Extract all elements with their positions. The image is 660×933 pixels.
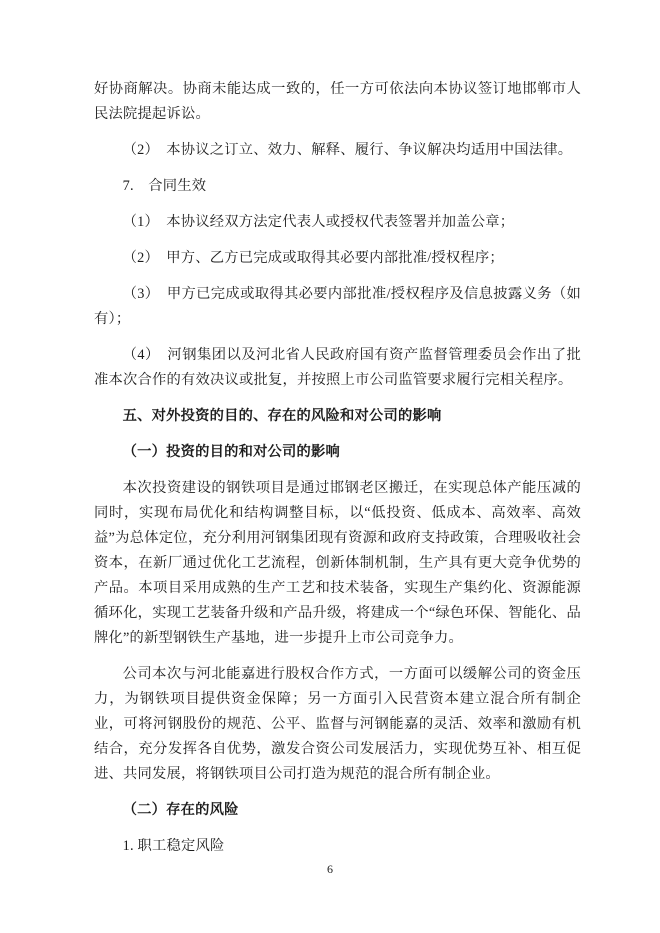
clause-item: （4） 河钢集团以及河北省人民政府国有资产监督管理委员会作出了批准本次合作的有效… — [94, 343, 581, 393]
clause-item: （3） 甲方已完成或取得其必要内部批准/授权程序及信息披露义务（如有）； — [94, 282, 581, 332]
section-heading: 五、对外投资的目的、存在的风险和对公司的影响 — [94, 404, 581, 429]
body-paragraph: 公司本次与河北能嘉进行股权合作方式，一方面可以缓解公司的资金压力，为钢铁项目提供… — [94, 662, 581, 787]
clause-item: 7. 合同生效 — [94, 174, 581, 199]
clause-item: （2） 甲方、乙方已完成或取得其必要内部批准/授权程序； — [94, 246, 581, 271]
page-number: 6 — [0, 861, 660, 877]
document-content: 好协商解决。协商未能达成一致的，任一方可依法向本协议签订地邯郸市人民法院提起诉讼… — [94, 77, 581, 870]
clause-item: （2） 本协议之订立、效力、解释、履行、争议解决均适用中国法律。 — [94, 138, 581, 163]
body-paragraph: 本次投资建设的钢铁项目是通过邯钢老区搬迁，在实现总体产能压减的同时，实现布局优化… — [94, 476, 581, 651]
subsection-heading: （一）投资的目的和对公司的影响 — [94, 440, 581, 465]
subsection-heading: （二）存在的风险 — [94, 798, 581, 823]
list-item: 1. 职工稳定风险 — [94, 834, 581, 859]
clause-item: （1） 本协议经双方法定代表人或授权代表签署并加盖公章； — [94, 210, 581, 235]
document-page: 好协商解决。协商未能达成一致的，任一方可依法向本协议签订地邯郸市人民法院提起诉讼… — [0, 0, 660, 933]
paragraph-continuation: 好协商解决。协商未能达成一致的，任一方可依法向本协议签订地邯郸市人民法院提起诉讼… — [94, 77, 581, 127]
